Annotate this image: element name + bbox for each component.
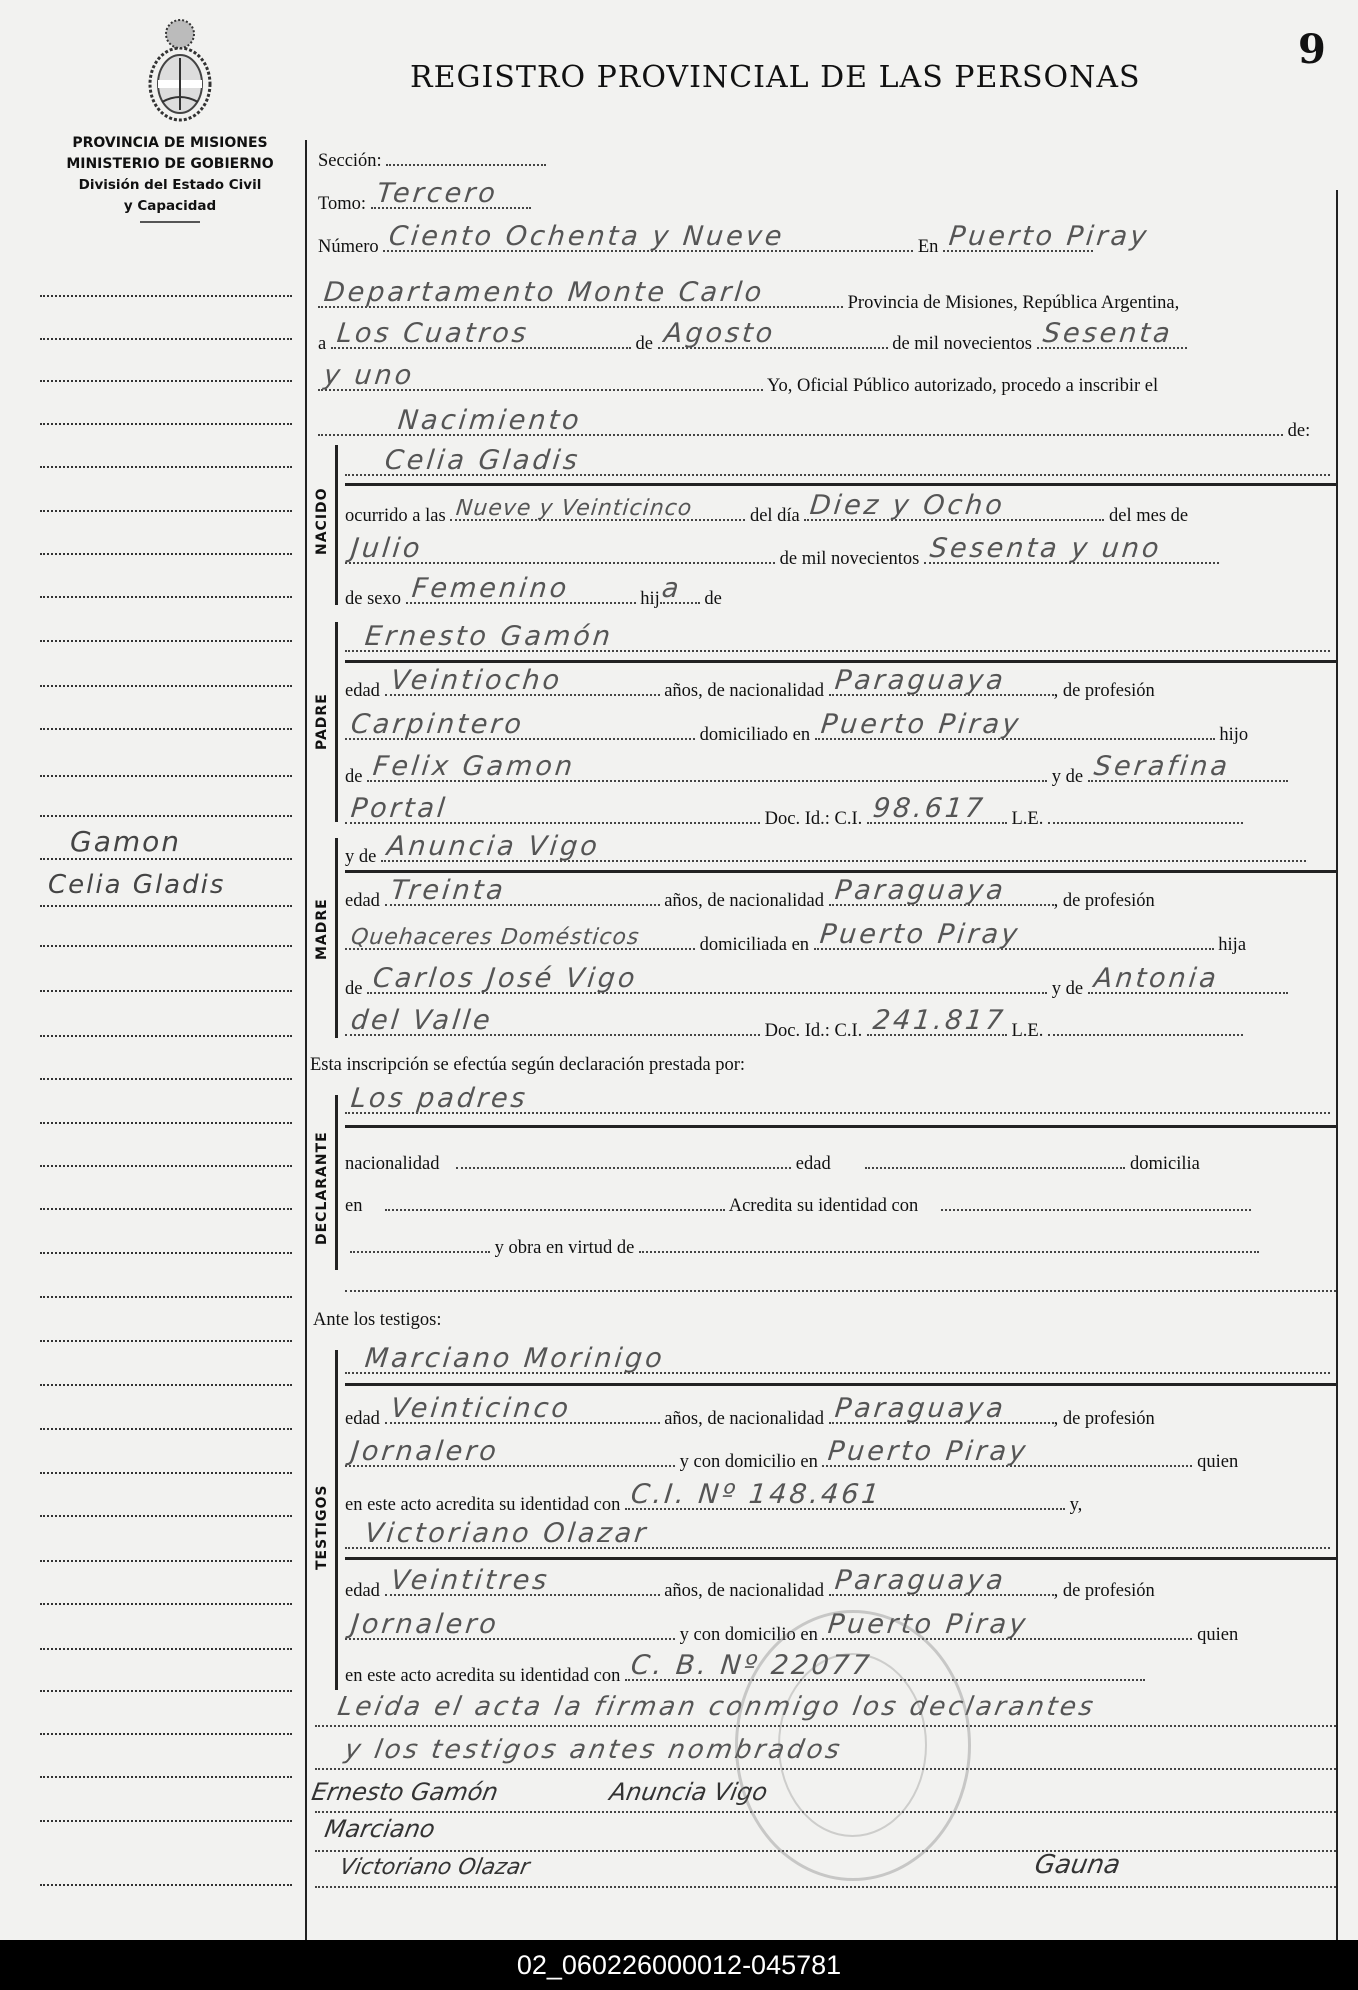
tomo-field: Tercero (371, 185, 531, 209)
declarante-en-row: en Acredita su identidad con (345, 1187, 1340, 1217)
margin-note-surname: Gamon (70, 825, 181, 858)
margin-line (40, 775, 292, 777)
margin-line (40, 640, 292, 642)
margin-line (40, 1690, 292, 1692)
margin-note-name: Celia Gladis (48, 870, 225, 900)
margin-line (40, 1384, 292, 1386)
testigo2-edad-row: edad Veintitres años, de nacionalidad Pa… (345, 1572, 1340, 1602)
hij-field: a (660, 580, 700, 604)
org-line: División del Estado Civil (40, 175, 300, 196)
testigos-intro: Ante los testigos: (313, 1310, 1340, 1331)
numero-field: Ciento Ochenta y Nueve (383, 228, 913, 252)
margin-line (40, 1035, 292, 1037)
margin-line (40, 295, 292, 297)
org-line: y Capacidad (40, 196, 300, 217)
padre-madre-de-cont: Portal (345, 800, 760, 824)
padre-ci-field: 98.617 (867, 800, 1007, 824)
testigo1-identidad-row: en este acto acredita su identidad con C… (345, 1486, 1340, 1516)
testigo2-edad-field: Veintitres (385, 1572, 660, 1596)
coat-of-arms-icon (140, 14, 220, 126)
anio-field: Sesenta (1037, 325, 1187, 349)
declarante-obra-row: y obra en virtud de (345, 1229, 1340, 1259)
numero-row: Número Ciento Ochenta y Nueve En Puerto … (318, 228, 1340, 258)
testigo1-profesion-field: Jornalero (345, 1443, 675, 1467)
madre-nacionalidad-field: Paraguaya (829, 882, 1054, 906)
margin-line (40, 1208, 292, 1210)
signature-testigo-2: Victoriano Olazar (338, 1855, 532, 1880)
margin-line (40, 945, 292, 947)
testigo2-nacionalidad-field: Paraguaya (829, 1572, 1054, 1596)
margin-line (40, 685, 292, 687)
padre-edad-row: edad Veintiocho años, de nacionalidad Pa… (345, 672, 1340, 702)
margin-line (40, 338, 292, 340)
org-line: MINISTERIO DE GOBIERNO (40, 154, 300, 175)
hora-field: Nueve y Veinticinco (450, 497, 745, 521)
madre-padres-row: de Carlos José Vigo y de Antonia (345, 970, 1340, 1000)
section-label-nacido: NACIDO (314, 487, 330, 555)
declarante-en-field[interactable] (385, 1187, 725, 1211)
madre-nombre-row: y de Anuncia Vigo (345, 838, 1340, 868)
margin-line (40, 1340, 292, 1342)
acto-row: Nacimiento de: (318, 412, 1340, 442)
divider (345, 1383, 1336, 1386)
section-bracket (335, 622, 338, 822)
column-divider (305, 140, 307, 1940)
seccion-field (386, 142, 546, 166)
oficial-row: y uno Yo, Oficial Público autorizado, pr… (318, 367, 1340, 397)
signature-oficial: Gauna (1032, 1850, 1122, 1880)
declarante-edad-field[interactable] (865, 1145, 1125, 1169)
madre-profesion-field: Quehaceres Domésticos (345, 926, 695, 950)
page-number: 9 (1298, 26, 1326, 73)
section-bracket (335, 1095, 338, 1270)
divider (345, 1557, 1336, 1560)
nacido-nombre-field: Celia Gladis (345, 452, 1330, 476)
signature-testigo-1: Marciano (323, 1815, 438, 1843)
padre-edad-field: Veintiocho (385, 672, 660, 696)
margin-line (40, 423, 292, 425)
testigo1-edad-field: Veinticinco (385, 1400, 660, 1424)
padre-doc-row: Portal Doc. Id.: C.I. 98.617 L.E. (345, 800, 1340, 830)
declarante-intro: Esta inscripción se efectúa según declar… (310, 1055, 1340, 1076)
testigo1-profesion-row: Jornalero y con domicilio en Puerto Pira… (345, 1443, 1340, 1473)
margin-line (40, 1603, 292, 1605)
margin-line (40, 815, 292, 817)
dia-nac-field: Diez y Ocho (804, 497, 1104, 521)
margin-line (40, 1165, 292, 1167)
madre-madre-de-field: Antonia (1088, 970, 1288, 994)
testigo1-identidad-field: C.I. Nº 148.461 (625, 1486, 1065, 1510)
padre-le-field (1048, 800, 1243, 824)
margin-line (40, 466, 292, 468)
tomo-row: Tomo: Tercero (318, 185, 1340, 215)
madre-madre-de-cont: del Valle (345, 1012, 760, 1036)
document-id-footer: 02_060226000012-045781 (0, 1940, 1358, 1990)
testigo1-edad-row: edad Veinticinco años, de nacionalidad P… (345, 1400, 1340, 1430)
margin-line (40, 1560, 292, 1562)
mes-nac-row: Julio de mil novecientos Sesenta y uno (345, 540, 1340, 570)
margin-line (40, 1733, 292, 1735)
section-label-declarante: DECLARANTE (314, 1131, 330, 1245)
organization-block: PROVINCIA DE MISIONES MINISTERIO DE GOBI… (40, 133, 300, 223)
signature-padre: Ernesto Gamón (310, 1778, 501, 1806)
testigo1-nacionalidad-field: Paraguaya (829, 1400, 1054, 1424)
margin-line (40, 1296, 292, 1298)
divider (345, 870, 1336, 873)
margin-line (40, 1078, 292, 1080)
divider (345, 1125, 1336, 1128)
margin-line (40, 1252, 292, 1254)
official-seal-stamp (735, 1610, 971, 1881)
margin-line (40, 1884, 292, 1886)
margin-line (40, 905, 292, 907)
divider (345, 1290, 1336, 1292)
madre-domicilio-field: Puerto Piray (814, 926, 1214, 950)
declarante-acredita-cont[interactable] (350, 1229, 490, 1253)
section-label-madre: MADRE (314, 898, 330, 960)
mes-nac-field: Julio (345, 540, 775, 564)
section-bracket (335, 1350, 338, 1690)
page-title: REGISTRO PROVINCIAL DE LAS PERSONAS (410, 60, 1141, 95)
testigo2-nombre-row: Victoriano Olazar (345, 1525, 1340, 1555)
margin-line (40, 728, 292, 730)
declarante-nombre-row: Los padres (345, 1090, 1340, 1120)
padre-nombre-row: Ernesto Gamón (345, 628, 1340, 658)
margin-line (40, 1515, 292, 1517)
closing-line (315, 1886, 1336, 1888)
declarante-nacionalidad-field[interactable] (456, 1145, 791, 1169)
madre-edad-row: edad Treinta años, de nacionalidad Parag… (345, 882, 1340, 912)
anio-field-cont: y uno (318, 367, 763, 391)
closing-text-1: Leida el acta la firman conmigo los decl… (335, 1692, 1098, 1722)
section-label-padre: PADRE (314, 693, 330, 750)
madre-doc-row: del Valle Doc. Id.: C.I. 241.817 L.E. (345, 1012, 1340, 1042)
padre-de-field: Felix Gamon (367, 758, 1047, 782)
madre-ci-field: 241.817 (867, 1012, 1007, 1036)
margin-line (40, 858, 292, 860)
dia-field: Los Cuatros (331, 325, 631, 349)
padre-domicilio-field: Puerto Piray (815, 716, 1215, 740)
divider (345, 483, 1336, 486)
declarante-obra-field[interactable] (639, 1229, 1259, 1253)
margin-line (40, 1776, 292, 1778)
ocurrido-row: ocurrido a las Nueve y Veinticinco del d… (345, 497, 1340, 527)
madre-edad-field: Treinta (385, 882, 660, 906)
margin-line (40, 1820, 292, 1822)
margin-line (40, 510, 292, 512)
org-line: PROVINCIA DE MISIONES (40, 133, 300, 154)
declarante-nombre-field: Los padres (345, 1090, 1330, 1114)
mes-field: Agosto (658, 325, 888, 349)
margin-line (40, 1472, 292, 1474)
section-bracket (335, 838, 338, 1038)
padre-nacionalidad-field: Paraguaya (829, 672, 1054, 696)
margin-line (40, 1122, 292, 1124)
padre-padres-row: de Felix Gamon y de Serafina (345, 758, 1340, 788)
madre-profesion-row: Quehaceres Domésticos domiciliada en Pue… (345, 926, 1340, 956)
acto-field: Nacimiento (318, 412, 1283, 436)
section-bracket (335, 445, 338, 605)
nacido-nombre-row: Celia Gladis (345, 452, 1340, 482)
padre-profesion-field: Carpintero (345, 716, 695, 740)
departamento-field: Departamento Monte Carlo (318, 284, 843, 308)
margin-line (40, 596, 292, 598)
declarante-nac-row: nacionalidad edad domicilia (345, 1145, 1340, 1175)
testigo1-domicilio-field: Puerto Piray (822, 1443, 1192, 1467)
testigo2-nombre-field: Victoriano Olazar (345, 1525, 1330, 1549)
anio-nac-field: Sesenta y uno (924, 540, 1219, 564)
madre-nombre-field: Anuncia Vigo (381, 838, 1306, 862)
fecha-row: a Los Cuatros de Agosto de mil novecient… (318, 325, 1340, 355)
declarante-acredita-field[interactable] (941, 1187, 1251, 1211)
testigo1-nombre-field: Marciano Morinigo (345, 1350, 1330, 1374)
padre-nombre-field: Ernesto Gamón (345, 628, 1330, 652)
sexo-field: Femenino (406, 580, 636, 604)
lugar-field: Puerto Piray (943, 228, 1093, 252)
margin-line (40, 380, 292, 382)
section-label-testigos: TESTIGOS (314, 1485, 330, 1570)
padre-madre-de-field: Serafina (1088, 758, 1288, 782)
margin-line (40, 990, 292, 992)
margin-line (40, 1428, 292, 1430)
testigo1-nombre-row: Marciano Morinigo (345, 1350, 1340, 1380)
seccion-row: Sección: (318, 142, 1340, 172)
madre-le-field (1048, 1012, 1243, 1036)
departamento-row: Departamento Monte Carlo Provincia de Mi… (318, 284, 1340, 314)
padre-profesion-row: Carpintero domiciliado en Puerto Piray h… (345, 716, 1340, 746)
sexo-row: de sexo Femenino hija de (345, 580, 1340, 610)
testigo2-profesion-field: Jornalero (345, 1616, 675, 1640)
margin-line (40, 1648, 292, 1650)
divider (345, 660, 1336, 663)
madre-de-field: Carlos José Vigo (367, 970, 1047, 994)
document-page: PROVINCIA DE MISIONES MINISTERIO DE GOBI… (0, 0, 1358, 1940)
margin-line (40, 553, 292, 555)
